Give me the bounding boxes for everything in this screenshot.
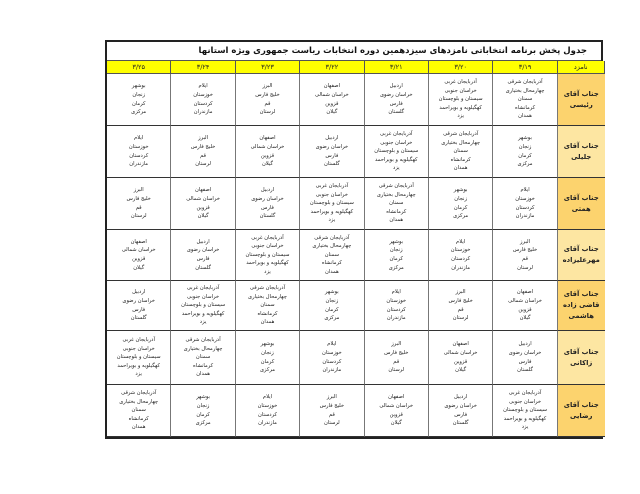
province-name: لرستان bbox=[429, 314, 492, 323]
province-name: آذربایجان شرقی bbox=[171, 336, 234, 345]
province-name: مرکزی bbox=[236, 366, 299, 375]
province-name: اردبیل bbox=[493, 340, 556, 349]
province-name: خلیج فارس bbox=[171, 143, 234, 152]
province-name: سمنان bbox=[236, 301, 299, 310]
candidate-title: جناب آقای bbox=[558, 89, 605, 100]
province-name: همدان bbox=[493, 112, 556, 121]
schedule-cell: اصفهانخراسان شمالیقزوینگیلان bbox=[429, 331, 493, 385]
schedule-cell: البرزخلیج فارسقملرستان bbox=[429, 281, 493, 331]
province-name: زنجان bbox=[171, 402, 234, 411]
province-name: خراسان رضوی bbox=[236, 195, 299, 204]
province-name: خوزستان bbox=[300, 349, 363, 358]
province-name: آذربایجان غربی bbox=[236, 234, 299, 243]
province-name: قم bbox=[171, 152, 234, 161]
province-name: البرز bbox=[171, 134, 234, 143]
schedule-cell: آذربایجان شرقیچهارمحال بختیاریسمنانکرمان… bbox=[365, 178, 429, 230]
province-name: فارس bbox=[493, 358, 556, 367]
province-name: گلستان bbox=[171, 264, 234, 273]
province-name: کرمانشاه bbox=[365, 208, 428, 217]
province-name: قزوین bbox=[300, 100, 363, 109]
province-name: آذربایجان شرقی bbox=[365, 182, 428, 191]
province-name: بوشهر bbox=[236, 340, 299, 349]
schedule-cell: آذربایجان شرقیچهارمحال بختیاریسمنانکرمان… bbox=[429, 126, 493, 178]
province-name: خلیج فارس bbox=[365, 349, 428, 358]
schedule-cell: آذربایجان شرقیچهارمحال بختیاریسمنانکرمان… bbox=[300, 230, 364, 281]
province-name: کهگیلویه و بویراحمد bbox=[107, 362, 170, 371]
table-title: جدول پخش برنامه انتخاباتی نامزدهای سیزده… bbox=[107, 46, 587, 56]
province-name: قم bbox=[236, 100, 299, 109]
province-name: سیستان و بلوچستان bbox=[493, 406, 556, 415]
schedule-cell: آذربایجان غربیخراسان جنوبیسیستان و بلوچس… bbox=[107, 331, 171, 385]
province-name: خراسان جنوبی bbox=[171, 293, 234, 302]
province-name: چهارمحال بختیاری bbox=[493, 87, 556, 96]
schedule-cell: اردبیلخراسان رضویفارسگلستان bbox=[300, 126, 364, 178]
province-name: زنجان bbox=[365, 246, 428, 255]
province-name: کرمانشاه bbox=[107, 415, 170, 424]
province-name: آذربایجان شرقی bbox=[300, 234, 363, 243]
province-name: زنجان bbox=[300, 297, 363, 306]
province-name: کهگیلویه و بویراحمد bbox=[365, 156, 428, 165]
province-name: کهگیلویه و بویراحمد bbox=[300, 208, 363, 217]
province-name: آذربایجان شرقی bbox=[236, 284, 299, 293]
schedule-cell: آذربایجان غربیخراسان جنوبیسیستان و بلوچس… bbox=[493, 385, 557, 437]
date-header: ۳/۲۳ bbox=[236, 61, 300, 74]
province-name: همدان bbox=[171, 370, 234, 379]
province-name: مازندران bbox=[300, 366, 363, 375]
province-name: ایلام bbox=[107, 134, 170, 143]
schedule-cell: آذربایجان شرقیچهارمحال بختیاریسمنانکرمان… bbox=[236, 281, 300, 331]
province-name: اصفهان bbox=[429, 340, 492, 349]
candidate-title: جناب آقای bbox=[558, 193, 605, 204]
province-name: ایلام bbox=[493, 186, 556, 195]
candidate-name-cell: جناب آقایزاکانی bbox=[558, 331, 605, 385]
province-name: کرمان bbox=[171, 411, 234, 420]
province-name: کردستان bbox=[236, 411, 299, 420]
province-name: خراسان شمالی bbox=[300, 91, 363, 100]
province-name: ایلام bbox=[429, 238, 492, 247]
province-name: خلیج فارس bbox=[300, 402, 363, 411]
schedule-cell: آذربایجان شرقیچهارمحال بختیاریسمنانکرمان… bbox=[171, 331, 235, 385]
province-name: کرمانشاه bbox=[300, 259, 363, 268]
province-name: سمنان bbox=[107, 406, 170, 415]
province-name: سیستان و بلوچستان bbox=[365, 147, 428, 156]
table-title-row: جدول پخش برنامه انتخاباتی نامزدهای سیزده… bbox=[107, 42, 601, 61]
province-name: البرز bbox=[493, 238, 556, 247]
schedule-cell: بوشهرزنجانکرمانمرکزی bbox=[171, 385, 235, 437]
province-name: خلیج فارس bbox=[429, 297, 492, 306]
province-name: کرمانشاه bbox=[493, 104, 556, 113]
schedule-cell: اصفهانخراسان شمالیقزوینگیلان bbox=[171, 178, 235, 230]
schedule-cell: آذربایجان غربیخراسان جنوبیسیستان و بلوچس… bbox=[236, 230, 300, 281]
province-name: سیستان و بلوچستان bbox=[300, 199, 363, 208]
schedule-cell: البرزخلیج فارسقملرستان bbox=[171, 126, 235, 178]
province-name: گلستان bbox=[365, 108, 428, 117]
schedule-table: جدول پخش برنامه انتخاباتی نامزدهای سیزده… bbox=[105, 40, 603, 439]
province-name: اصفهان bbox=[493, 288, 556, 297]
province-name: خوزستان bbox=[171, 91, 234, 100]
province-name: گلستان bbox=[300, 160, 363, 169]
province-name: خوزستان bbox=[365, 297, 428, 306]
candidate-name: رئیسی bbox=[558, 100, 605, 111]
province-name: البرز bbox=[107, 186, 170, 195]
province-name: خوزستان bbox=[429, 246, 492, 255]
province-name: خراسان جنوبی bbox=[493, 398, 556, 407]
province-name: لرستان bbox=[365, 366, 428, 375]
province-name: مازندران bbox=[365, 314, 428, 323]
province-name: گیلان bbox=[493, 314, 556, 323]
province-name: آذربایجان غربی bbox=[365, 130, 428, 139]
province-name: اردبیل bbox=[236, 186, 299, 195]
province-name: خوزستان bbox=[236, 402, 299, 411]
schedule-grid: ۳/۲۵۳/۲۴۳/۲۳۳/۲۲۳/۲۱۳/۲۰۳/۱۹نامزدبوشهرزن… bbox=[107, 61, 601, 437]
province-name: آذربایجان شرقی bbox=[107, 389, 170, 398]
province-name: خلیج فارس bbox=[493, 246, 556, 255]
province-name: بوشهر bbox=[429, 186, 492, 195]
province-name: سیستان و بلوچستان bbox=[107, 353, 170, 362]
province-name: اردبیل bbox=[107, 288, 170, 297]
schedule-cell: اصفهانخراسان شمالیقزوینگیلان bbox=[107, 230, 171, 281]
province-name: اصفهان bbox=[365, 393, 428, 402]
schedule-cell: بوشهرزنجانکرمانمرکزی bbox=[107, 74, 171, 126]
province-name: بوشهر bbox=[171, 393, 234, 402]
schedule-cell: اردبیلخراسان رضویفارسگلستان bbox=[236, 178, 300, 230]
candidate-name: قاضی زاده هاشمی bbox=[558, 300, 605, 322]
province-name: قزوین bbox=[107, 255, 170, 264]
province-name: قزوین bbox=[171, 204, 234, 213]
province-name: لرستان bbox=[171, 160, 234, 169]
schedule-cell: اردبیلخراسان رضویفارسگلستان bbox=[493, 331, 557, 385]
candidate-title: جناب آقای bbox=[558, 400, 605, 411]
province-name: یزد bbox=[365, 164, 428, 173]
province-name: کرمان bbox=[365, 255, 428, 264]
province-name: ایلام bbox=[171, 82, 234, 91]
schedule-cell: ایلامخوزستانکردستانمازندران bbox=[107, 126, 171, 178]
schedule-cell: اصفهانخراسان شمالیقزوینگیلان bbox=[365, 385, 429, 437]
province-name: فارس bbox=[171, 255, 234, 264]
province-name: گیلان bbox=[236, 160, 299, 169]
date-header: ۳/۲۵ bbox=[107, 61, 171, 74]
province-name: قزوین bbox=[493, 306, 556, 315]
schedule-cell: ایلامخوزستانکردستانمازندران bbox=[171, 74, 235, 126]
province-name: فارس bbox=[429, 411, 492, 420]
candidate-name: رضایی bbox=[558, 411, 605, 422]
schedule-cell: آذربایجان غربیخراسان جنوبیسیستان و بلوچس… bbox=[429, 74, 493, 126]
schedule-cell: اردبیلخراسان رضویفارسگلستان bbox=[429, 385, 493, 437]
schedule-cell: بوشهرزنجانکرمانمرکزی bbox=[493, 126, 557, 178]
province-name: آذربایجان شرقی bbox=[493, 78, 556, 87]
candidate-name: همتی bbox=[558, 204, 605, 215]
province-name: گلستان bbox=[429, 419, 492, 428]
province-name: بوشهر bbox=[365, 238, 428, 247]
province-name: کرمانشاه bbox=[236, 310, 299, 319]
province-name: قزوین bbox=[365, 411, 428, 420]
province-name: یزد bbox=[171, 318, 234, 327]
province-name: زنجان bbox=[429, 195, 492, 204]
province-name: خراسان جنوبی bbox=[107, 345, 170, 354]
schedule-cell: اصفهانخراسان شمالیقزوینگیلان bbox=[493, 281, 557, 331]
province-name: گلستان bbox=[107, 314, 170, 323]
candidate-name: مهرعلیزاده bbox=[558, 255, 605, 266]
candidate-name: زاکانی bbox=[558, 358, 605, 369]
province-name: مازندران bbox=[171, 108, 234, 117]
province-name: ایلام bbox=[365, 288, 428, 297]
province-name: بوشهر bbox=[493, 134, 556, 143]
province-name: کرمانشاه bbox=[429, 156, 492, 165]
province-name: خراسان رضوی bbox=[300, 143, 363, 152]
date-header: ۳/۲۴ bbox=[171, 61, 235, 74]
province-name: قم bbox=[300, 411, 363, 420]
schedule-cell: البرزخلیج فارسقملرستان bbox=[365, 331, 429, 385]
schedule-cell: آذربایجان غربیخراسان جنوبیسیستان و بلوچس… bbox=[365, 126, 429, 178]
province-name: مرکزی bbox=[365, 264, 428, 273]
province-name: کرمان bbox=[107, 100, 170, 109]
schedule-cell: اصفهانخراسان شمالیقزوینگیلان bbox=[300, 74, 364, 126]
province-name: کرمان bbox=[493, 152, 556, 161]
province-name: مرکزی bbox=[493, 160, 556, 169]
candidate-title: جناب آقای bbox=[558, 289, 605, 300]
province-name: مازندران bbox=[107, 160, 170, 169]
province-name: فارس bbox=[365, 100, 428, 109]
province-name: مرکزی bbox=[107, 108, 170, 117]
province-name: خراسان جنوبی bbox=[365, 139, 428, 148]
province-name: کهگیلویه و بویراحمد bbox=[429, 104, 492, 113]
province-name: بوشهر bbox=[107, 82, 170, 91]
province-name: فارس bbox=[107, 306, 170, 315]
province-name: چهارمحال بختیاری bbox=[300, 242, 363, 251]
province-name: کهگیلویه و بویراحمد bbox=[236, 259, 299, 268]
province-name: زنجان bbox=[107, 91, 170, 100]
province-name: سیستان و بلوچستان bbox=[429, 95, 492, 104]
province-name: سمنان bbox=[493, 95, 556, 104]
candidate-name: جلیلی bbox=[558, 152, 605, 163]
schedule-cell: البرزخلیج فارسقملرستان bbox=[236, 74, 300, 126]
schedule-cell: ایلامخوزستانکردستانمازندران bbox=[429, 230, 493, 281]
province-name: کرمان bbox=[429, 204, 492, 213]
province-name: اصفهان bbox=[171, 186, 234, 195]
province-name: گیلان bbox=[365, 419, 428, 428]
schedule-cell: بوشهرزنجانکرمانمرکزی bbox=[429, 178, 493, 230]
province-name: کردستان bbox=[365, 306, 428, 315]
province-name: کردستان bbox=[429, 255, 492, 264]
candidate-name-cell: جناب آقایهمتی bbox=[558, 178, 605, 230]
province-name: خراسان رضوی bbox=[365, 91, 428, 100]
province-name: آذربایجان شرقی bbox=[429, 130, 492, 139]
province-name: کردستان bbox=[171, 100, 234, 109]
candidate-name-cell: جناب آقایرئیسی bbox=[558, 74, 605, 126]
province-name: خوزستان bbox=[493, 195, 556, 204]
province-name: کردستان bbox=[493, 204, 556, 213]
province-name: ایلام bbox=[300, 340, 363, 349]
province-name: زنجان bbox=[236, 349, 299, 358]
province-name: خراسان جنوبی bbox=[429, 87, 492, 96]
schedule-cell: اردبیلخراسان رضویفارسگلستان bbox=[171, 230, 235, 281]
province-name: چهارمحال بختیاری bbox=[171, 345, 234, 354]
province-name: خراسان شمالی bbox=[107, 246, 170, 255]
province-name: بوشهر bbox=[300, 288, 363, 297]
schedule-cell: آذربایجان شرقیچهارمحال بختیاریسمنانکرمان… bbox=[493, 74, 557, 126]
province-name: قزوین bbox=[236, 152, 299, 161]
province-name: آذربایجان غربی bbox=[107, 336, 170, 345]
province-name: قم bbox=[107, 204, 170, 213]
province-name: یزد bbox=[236, 268, 299, 277]
province-name: مرکزی bbox=[429, 212, 492, 221]
schedule-cell: ایلامخوزستانکردستانمازندران bbox=[300, 331, 364, 385]
province-name: اصفهان bbox=[107, 238, 170, 247]
date-header: ۳/۲۲ bbox=[300, 61, 364, 74]
province-name: کرمان bbox=[300, 306, 363, 315]
province-name: خراسان رضوی bbox=[107, 297, 170, 306]
schedule-cell: آذربایجان شرقیچهارمحال بختیاریسمنانکرمان… bbox=[107, 385, 171, 437]
schedule-cell: اردبیلخراسان رضویفارسگلستان bbox=[107, 281, 171, 331]
province-name: گلستان bbox=[493, 366, 556, 375]
province-name: گلستان bbox=[236, 212, 299, 221]
province-name: اصفهان bbox=[300, 82, 363, 91]
province-name: گیلان bbox=[429, 366, 492, 375]
province-name: لرستان bbox=[107, 212, 170, 221]
candidate-header: نامزد bbox=[558, 61, 605, 74]
province-name: ایلام bbox=[236, 393, 299, 402]
province-name: لرستان bbox=[493, 264, 556, 273]
province-name: سمنان bbox=[365, 199, 428, 208]
schedule-cell: ایلامخوزستانکردستانمازندران bbox=[236, 385, 300, 437]
schedule-cell: البرزخلیج فارسقملرستان bbox=[493, 230, 557, 281]
candidate-title: جناب آقای bbox=[558, 347, 605, 358]
date-header: ۳/۱۹ bbox=[493, 61, 557, 74]
province-name: یزد bbox=[107, 370, 170, 379]
province-name: مازندران bbox=[493, 212, 556, 221]
province-name: مرکزی bbox=[171, 419, 234, 428]
province-name: اردبیل bbox=[171, 238, 234, 247]
province-name: فارس bbox=[300, 152, 363, 161]
schedule-cell: آذربایجان غربیخراسان جنوبیسیستان و بلوچس… bbox=[300, 178, 364, 230]
province-name: البرز bbox=[429, 288, 492, 297]
candidate-name-cell: جناب آقایقاضی زاده هاشمی bbox=[558, 281, 605, 331]
candidate-title: جناب آقای bbox=[558, 141, 605, 152]
province-name: خراسان شمالی bbox=[493, 297, 556, 306]
schedule-cell: اردبیلخراسان رضویفارسگلستان bbox=[365, 74, 429, 126]
province-name: همدان bbox=[107, 423, 170, 432]
province-name: کهگیلویه و بویراحمد bbox=[171, 310, 234, 319]
province-name: آذربایجان غربی bbox=[300, 182, 363, 191]
candidate-name-cell: جناب آقایمهرعلیزاده bbox=[558, 230, 605, 281]
schedule-cell: اصفهانخراسان شمالیقزوینگیلان bbox=[236, 126, 300, 178]
province-name: خلیج فارس bbox=[236, 91, 299, 100]
province-name: لرستان bbox=[236, 108, 299, 117]
province-name: آذربایجان غربی bbox=[171, 284, 234, 293]
province-name: سمنان bbox=[429, 147, 492, 156]
province-name: خراسان شمالی bbox=[365, 402, 428, 411]
candidate-title: جناب آقای bbox=[558, 244, 605, 255]
province-name: گیلان bbox=[107, 264, 170, 273]
schedule-cell: بوشهرزنجانکرمانمرکزی bbox=[365, 230, 429, 281]
province-name: آذربایجان غربی bbox=[429, 78, 492, 87]
province-name: سمنان bbox=[300, 251, 363, 260]
province-name: سمنان bbox=[171, 353, 234, 362]
province-name: قم bbox=[429, 306, 492, 315]
province-name: کردستان bbox=[107, 152, 170, 161]
province-name: آذربایجان غربی bbox=[493, 389, 556, 398]
schedule-cell: البرزخلیج فارسقملرستان bbox=[300, 385, 364, 437]
province-name: فارس bbox=[236, 204, 299, 213]
province-name: اردبیل bbox=[300, 134, 363, 143]
province-name: همدان bbox=[365, 216, 428, 225]
province-name: همدان bbox=[429, 164, 492, 173]
candidate-name-cell: جناب آقایرضایی bbox=[558, 385, 605, 437]
province-name: لرستان bbox=[300, 419, 363, 428]
province-name: خراسان جنوبی bbox=[236, 242, 299, 251]
province-name: یزد bbox=[493, 423, 556, 432]
province-name: سیستان و بلوچستان bbox=[171, 301, 234, 310]
schedule-cell: آذربایجان غربیخراسان جنوبیسیستان و بلوچس… bbox=[171, 281, 235, 331]
province-name: اردبیل bbox=[365, 82, 428, 91]
province-name: یزد bbox=[429, 112, 492, 121]
province-name: کرمانشاه bbox=[171, 362, 234, 371]
province-name: البرز bbox=[236, 82, 299, 91]
province-name: کردستان bbox=[300, 358, 363, 367]
candidate-name-cell: جناب آقایجلیلی bbox=[558, 126, 605, 178]
province-name: مرکزی bbox=[300, 314, 363, 323]
schedule-cell: ایلامخوزستانکردستانمازندران bbox=[493, 178, 557, 230]
province-name: قم bbox=[365, 358, 428, 367]
province-name: البرز bbox=[365, 340, 428, 349]
province-name: خراسان رضوی bbox=[493, 349, 556, 358]
province-name: اردبیل bbox=[429, 393, 492, 402]
province-name: گیلان bbox=[300, 108, 363, 117]
province-name: اصفهان bbox=[236, 134, 299, 143]
province-name: خراسان شمالی bbox=[236, 143, 299, 152]
province-name: خراسان رضوی bbox=[171, 246, 234, 255]
province-name: خراسان رضوی bbox=[429, 402, 492, 411]
province-name: مازندران bbox=[429, 264, 492, 273]
province-name: یزد bbox=[300, 216, 363, 225]
schedule-cell: بوشهرزنجانکرمانمرکزی bbox=[300, 281, 364, 331]
province-name: کهگیلویه و بویراحمد bbox=[493, 415, 556, 424]
province-name: کرمان bbox=[236, 358, 299, 367]
schedule-cell: البرزخلیج فارسقملرستان bbox=[107, 178, 171, 230]
province-name: سیستان و بلوچستان bbox=[236, 251, 299, 260]
province-name: خراسان جنوبی bbox=[300, 191, 363, 200]
province-name: چهارمحال بختیاری bbox=[365, 191, 428, 200]
province-name: البرز bbox=[300, 393, 363, 402]
province-name: چهارمحال بختیاری bbox=[236, 293, 299, 302]
province-name: قم bbox=[493, 255, 556, 264]
date-header: ۳/۲۰ bbox=[429, 61, 493, 74]
schedule-cell: بوشهرزنجانکرمانمرکزی bbox=[236, 331, 300, 385]
province-name: خلیج فارس bbox=[107, 195, 170, 204]
province-name: زنجان bbox=[493, 143, 556, 152]
province-name: مازندران bbox=[236, 419, 299, 428]
schedule-cell: ایلامخوزستانکردستانمازندران bbox=[365, 281, 429, 331]
province-name: چهارمحال بختیاری bbox=[107, 398, 170, 407]
province-name: گیلان bbox=[171, 212, 234, 221]
province-name: خراسان شمالی bbox=[429, 349, 492, 358]
date-header: ۳/۲۱ bbox=[365, 61, 429, 74]
province-name: همدان bbox=[300, 268, 363, 277]
province-name: چهارمحال بختیاری bbox=[429, 139, 492, 148]
province-name: خوزستان bbox=[107, 143, 170, 152]
province-name: خراسان شمالی bbox=[171, 195, 234, 204]
province-name: قزوین bbox=[429, 358, 492, 367]
province-name: همدان bbox=[236, 318, 299, 327]
